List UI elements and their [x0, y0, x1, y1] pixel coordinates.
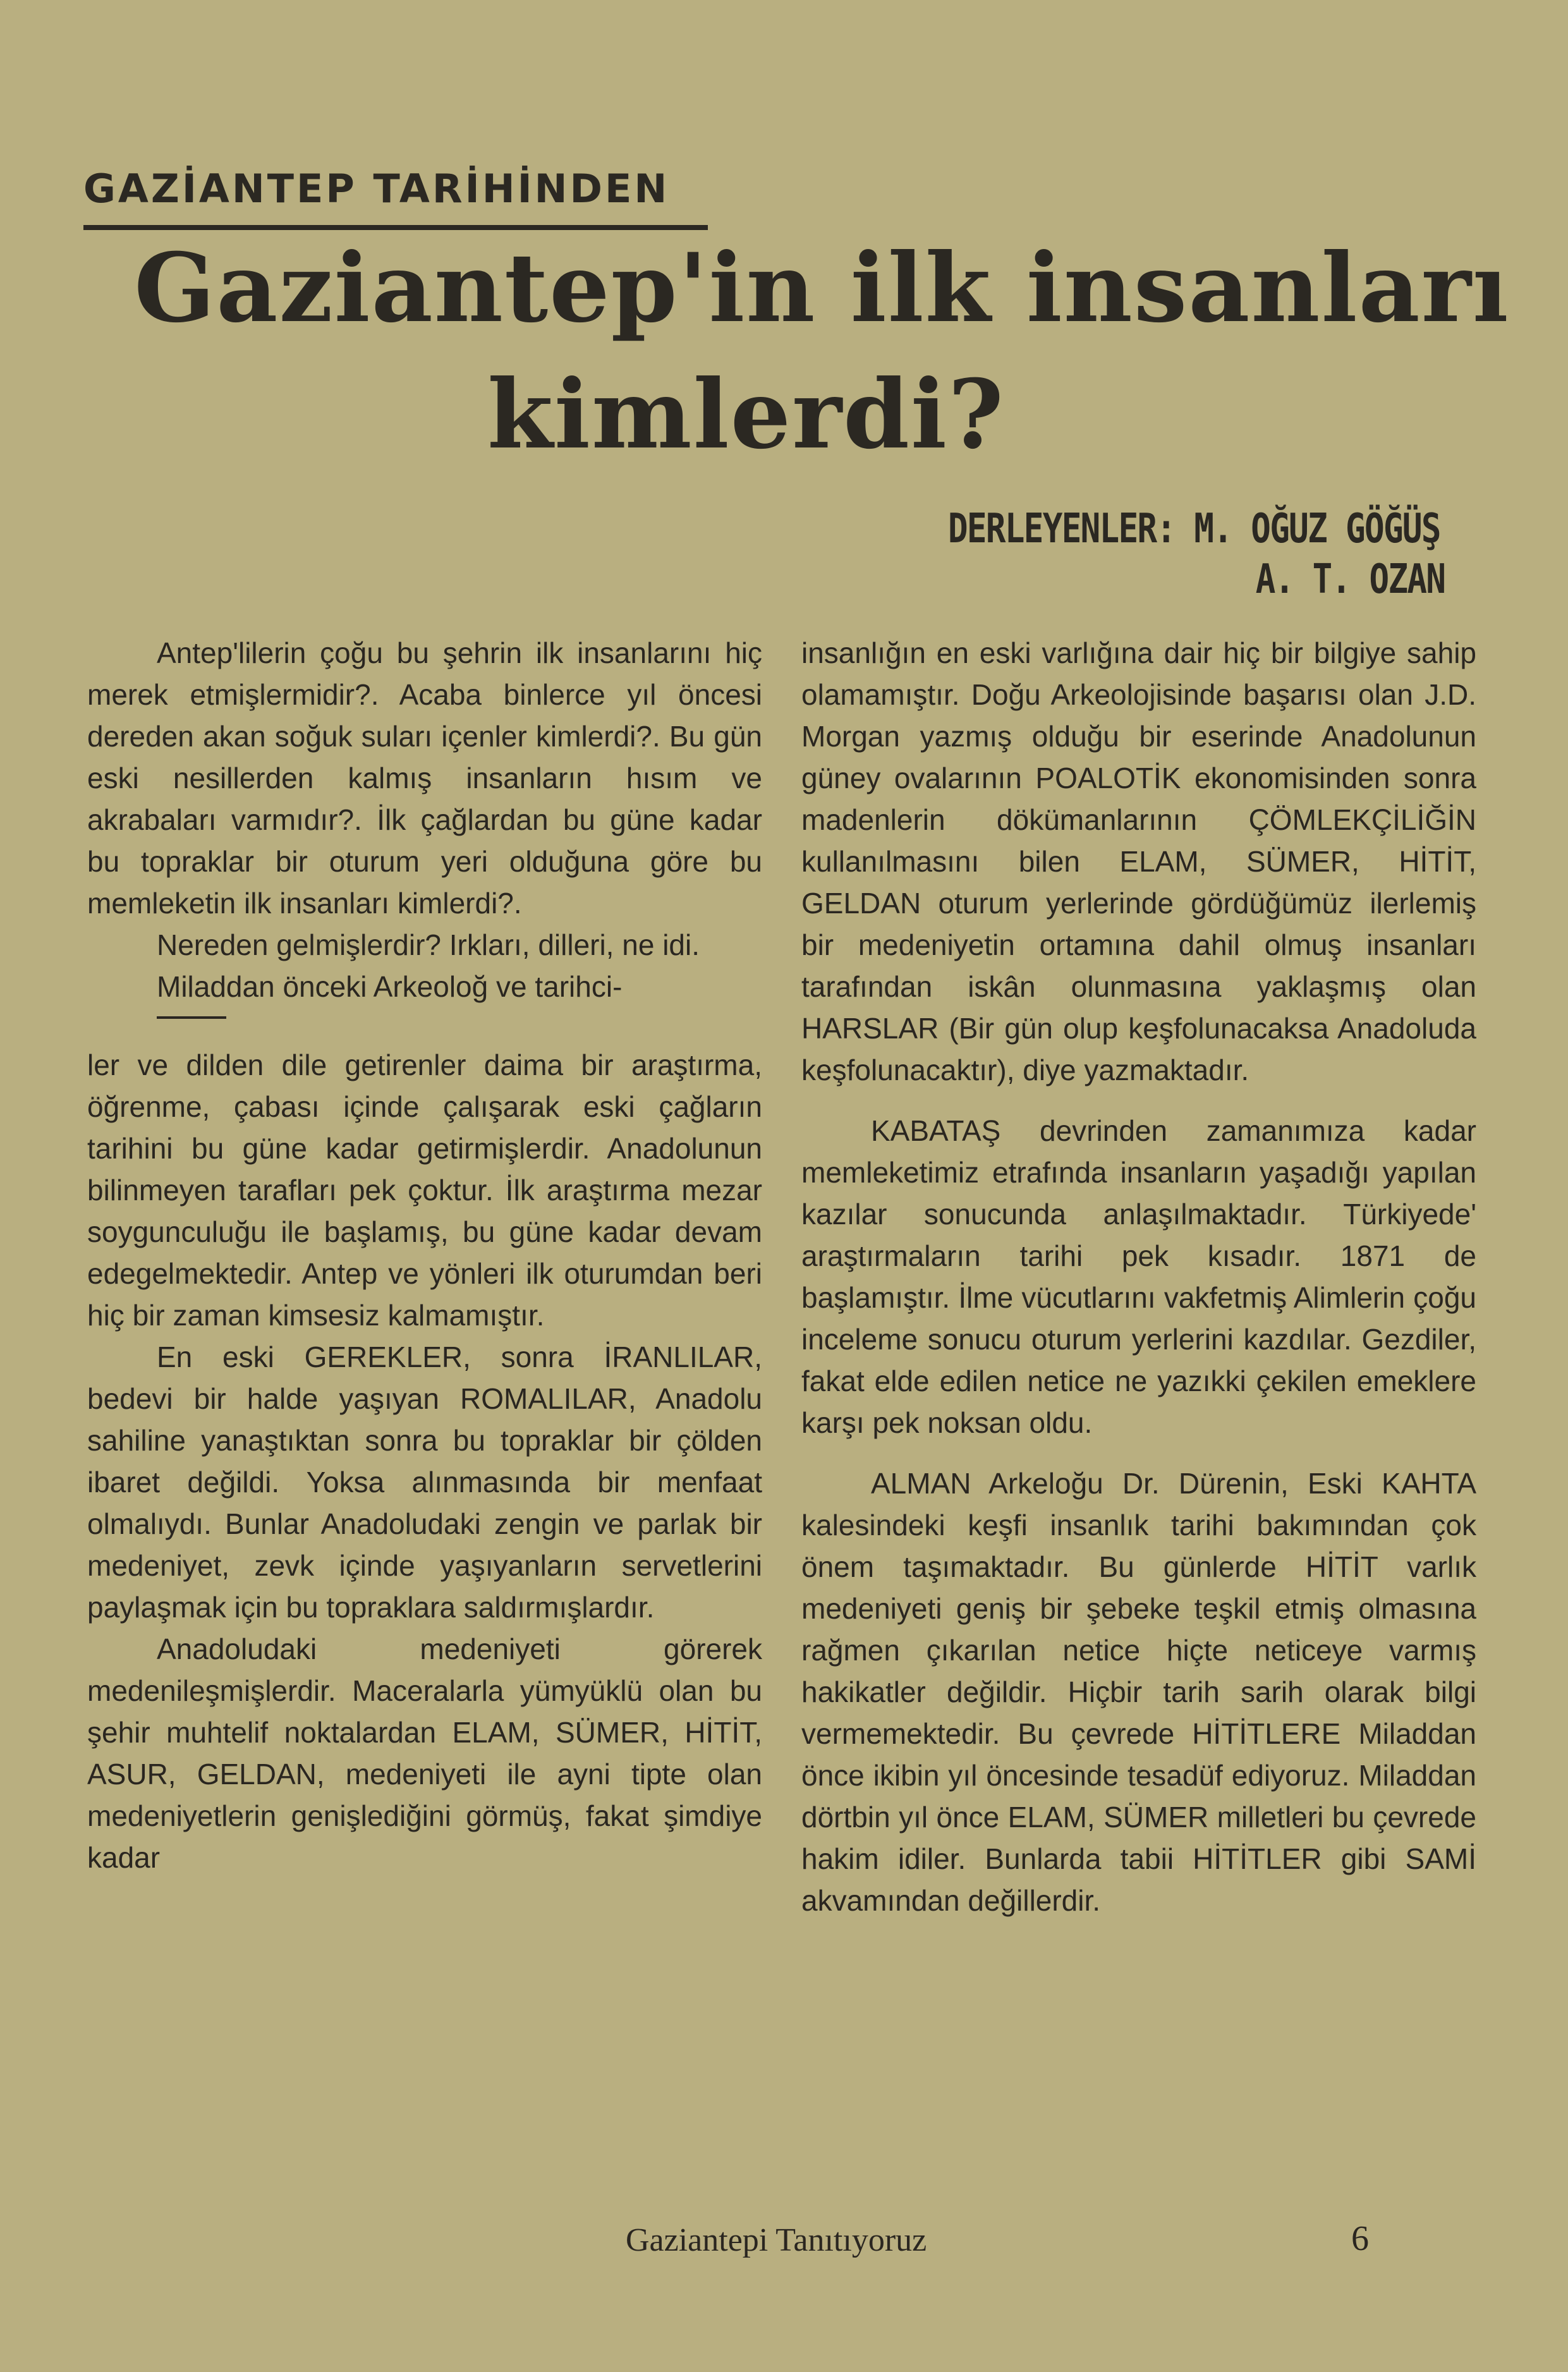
section-title-rule [83, 225, 708, 230]
paragraph-gap [801, 1091, 1476, 1110]
paragraph: Nereden gelmişlerdir? Irkları, dilleri, … [87, 924, 762, 966]
section-title: GAZİANTEP TARİHİNDEN [83, 166, 669, 212]
headline-line-1: Gaziantep'in ilk insanları [38, 233, 1568, 344]
paragraph: Miladdan önceki Arkeoloğ ve tarihci- [87, 966, 762, 1007]
paragraph: insanlığın en eski varlığına dair hiç bi… [801, 632, 1476, 1091]
left-column: Antep'lilerin çoğu bu şehrin ilk insanla… [87, 632, 762, 1878]
page-number: 6 [1351, 2218, 1369, 2259]
right-column: insanlığın en eski varlığına dair hiç bi… [801, 632, 1476, 1921]
paragraph: ALMAN Arkeloğu Dr. Dürenin, Eski KAHTA k… [801, 1463, 1476, 1921]
paragraph: ler ve dilden dile getirenler daima bir … [87, 1044, 762, 1336]
paragraph: En eski GEREKLER, sonra İRANLILAR, bedev… [87, 1336, 762, 1628]
headline-line-2: kimlerdi? [0, 359, 1530, 470]
byline-second-author: A. T. OZAN [1255, 556, 1445, 603]
paragraph-gap [801, 1444, 1476, 1463]
paragraph: Antep'lilerin çoğu bu şehrin ilk insanla… [87, 632, 762, 924]
magazine-page: GAZİANTEP TARİHİNDEN Gaziantep'in ilk in… [0, 0, 1568, 2372]
paragraph: KABATAŞ devrinden zamanımıza kadar memle… [801, 1110, 1476, 1444]
column-divider-rule [157, 1016, 226, 1019]
byline-compilers: DERLEYENLER: M. OĞUZ GÖĞÜŞ [948, 506, 1440, 552]
footer-publication-name: Gaziantepi Tanıtıyoruz [626, 2222, 927, 2259]
paragraph: Anadoludaki medeniyeti görerek medenileş… [87, 1628, 762, 1878]
